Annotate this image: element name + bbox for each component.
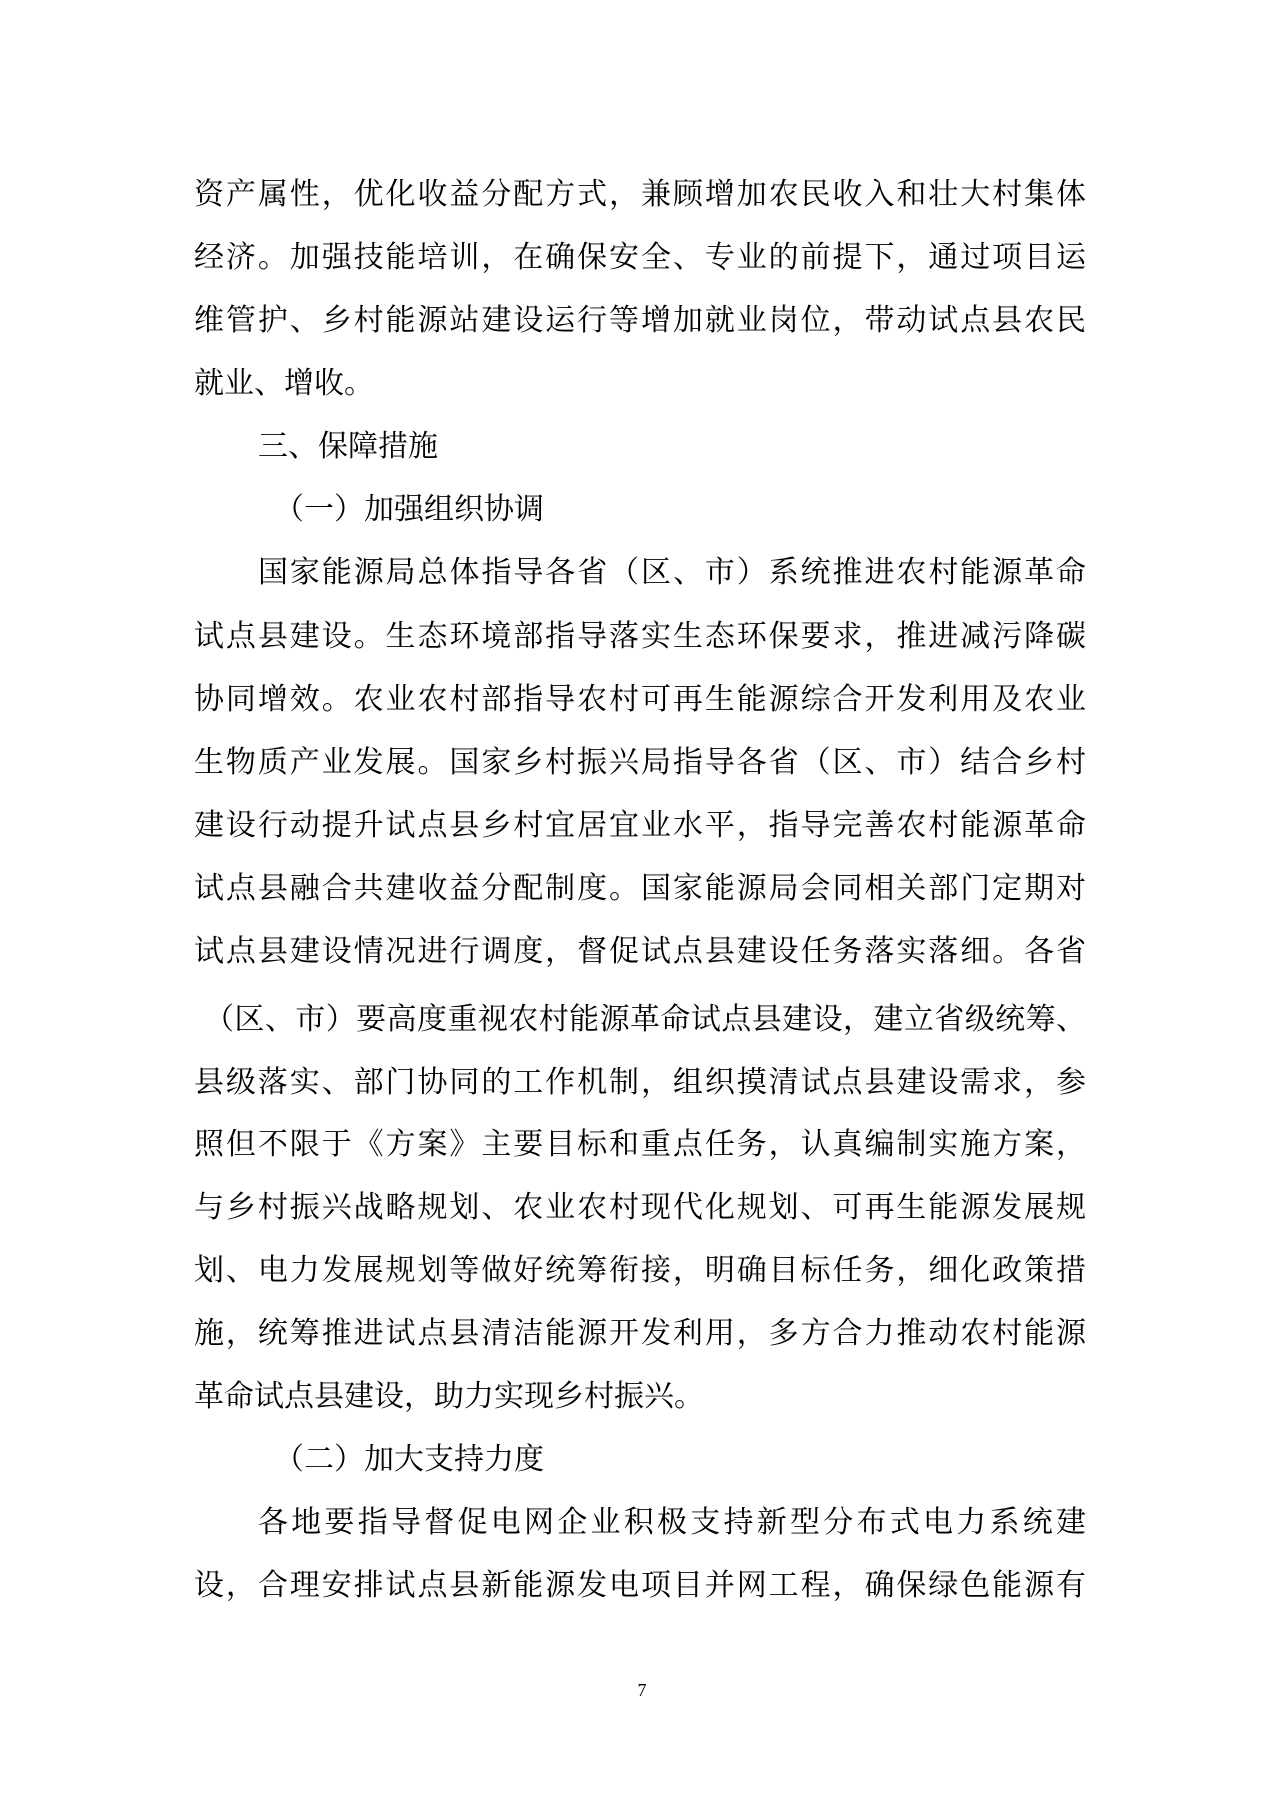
body-text-line: 维管护、乡村能源站建设运行等增加就业岗位，带动试点县农民 xyxy=(194,301,1086,341)
section-heading: 三、保障措施 xyxy=(258,427,438,467)
body-text-line: 资产属性，优化收益分配方式，兼顾增加农民收入和壮大村集体 xyxy=(194,175,1086,215)
body-text-line: 生物质产业发展。国家乡村振兴局指导各省（区、市）结合乡村 xyxy=(194,743,1086,783)
paragraph-first-line: 国家能源局总体指导各省（区、市）系统推进农村能源革命 xyxy=(258,553,1086,593)
body-text-line: 就业、增收。 xyxy=(194,364,1086,404)
body-text-line: 革命试点县建设，助力实现乡村振兴。 xyxy=(194,1377,1086,1417)
paragraph-first-line: 各地要指导督促电网企业积极支持新型分布式电力系统建 xyxy=(258,1503,1086,1543)
body-text-line: 协同增效。农业农村部指导农村可再生能源综合开发利用及农业 xyxy=(194,680,1086,720)
body-text-line: 设，合理安排试点县新能源发电项目并网工程，确保绿色能源有 xyxy=(194,1566,1086,1606)
document-page: 资产属性，优化收益分配方式，兼顾增加农民收入和壮大村集体 经济。加强技能培训，在… xyxy=(0,0,1280,1810)
body-text-line: 试点县建设。生态环境部指导落实生态环保要求，推进减污降碳 xyxy=(194,617,1086,657)
body-text-line: 与乡村振兴战略规划、农业农村现代化规划、可再生能源发展规 xyxy=(194,1188,1086,1228)
body-text-line: 试点县建设情况进行调度，督促试点县建设任务落实落细。各省 xyxy=(194,932,1086,972)
body-text-line: 施，统筹推进试点县清洁能源开发利用，多方合力推动农村能源 xyxy=(194,1314,1086,1354)
body-text-line: （区、市）要高度重视农村能源革命试点县建设，建立省级统筹、 xyxy=(204,1000,1086,1040)
body-text-line: 经济。加强技能培训，在确保安全、专业的前提下，通过项目运 xyxy=(194,238,1086,278)
subsection-heading: （一）加强组织协调 xyxy=(274,490,544,530)
body-text-line: 照但不限于《方案》主要目标和重点任务，认真编制实施方案， xyxy=(194,1125,1086,1165)
body-text-line: 试点县融合共建收益分配制度。国家能源局会同相关部门定期对 xyxy=(194,869,1086,909)
body-text-line: 县级落实、部门协同的工作机制，组织摸清试点县建设需求，参 xyxy=(194,1063,1086,1103)
body-text-line: 建设行动提升试点县乡村宜居宜业水平，指导完善农村能源革命 xyxy=(194,806,1086,846)
page-number: 7 xyxy=(634,1680,650,1701)
body-text-line: 划、电力发展规划等做好统筹衔接，明确目标任务，细化政策措 xyxy=(194,1251,1086,1291)
subsection-heading: （二）加大支持力度 xyxy=(274,1440,544,1480)
